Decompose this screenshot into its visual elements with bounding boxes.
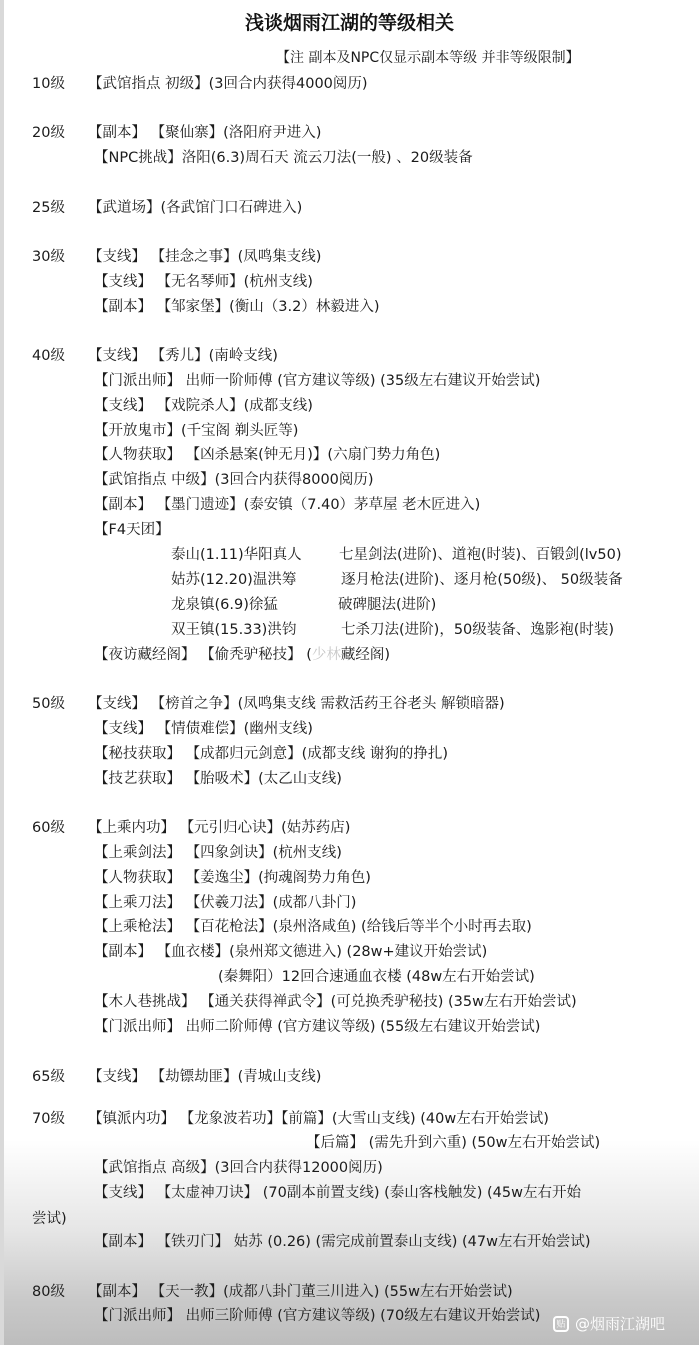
tieba-icon: 贴 bbox=[553, 1316, 569, 1332]
f4-npc-4: 双王镇(15.33)洪钧 bbox=[171, 621, 296, 639]
level-40-line-7: 【副本】 【墨门遗迹】(泰安镇（7.40）茅草屋 老木匠进入) bbox=[94, 496, 480, 514]
level-50-line-4: 【技艺获取】 【胎吸术】(太乙山支线) bbox=[94, 770, 342, 788]
level-60-line-1: 【上乘内功】 【元引归心诀】(姑苏药店) bbox=[88, 819, 350, 837]
left-border bbox=[0, 0, 4, 1345]
level-label-65: 65级 bbox=[32, 1068, 65, 1086]
level-40-line-2: 【门派出师】 出师一阶师傅 (官方建议等级) (35级左右建议开始尝试) bbox=[94, 372, 540, 390]
page-note: 【注 副本及NPC仅显示副本等级 并非等级限制】 bbox=[276, 47, 580, 67]
level-70-line-5: 【副本】 【铁刃门】 姑苏 (0.26) (需完成前置泰山支线) (47w左右开… bbox=[94, 1233, 591, 1251]
level-label-25: 25级 bbox=[32, 199, 65, 217]
level-60-line-8: 【木人巷挑战】 【通关获得禅武令】(可兑换秃驴秘技) (35w左右开始尝试) bbox=[94, 993, 577, 1011]
level-50-line-1: 【支线】 【榜首之争】(凤鸣集支线 需救活药王谷老头 解锁暗器) bbox=[88, 695, 505, 713]
level-80-line-2: 【门派出师】 出师三阶师傅 (官方建议等级) (70级左右建议开始尝试) bbox=[94, 1307, 540, 1325]
level-60-line-2: 【上乘剑法】 【四象剑诀】(杭州支线) bbox=[94, 844, 342, 862]
level-25-line-1: 【武道场】(各武馆门口石碑进入) bbox=[88, 199, 302, 217]
level-40-last-line: 【夜访藏经阁】 【偷秃驴秘技】 (少林藏经阁) bbox=[94, 646, 390, 664]
level-30-line-2: 【支线】 【无名琴师】(杭州支线) bbox=[94, 273, 313, 291]
f4-npc-2: 姑苏(12.20)温洪筹 bbox=[171, 571, 296, 589]
level-70-line-4-wrap: 尝试) bbox=[32, 1210, 67, 1228]
level-70-line-1: 【镇派内功】 【龙象波若功】【前篇】(大雪山支线) (40w左右开始尝试) bbox=[88, 1110, 549, 1128]
f4-reward-1: 七星剑法(进阶)、道袍(时装)、百锻剑(lv50) bbox=[339, 546, 622, 564]
f4-npc-3: 龙泉镇(6.9)徐猛 bbox=[171, 596, 278, 614]
level-40-line-3: 【支线】 【戏院杀人】(成都支线) bbox=[94, 397, 313, 415]
last-line-faded: 少林 bbox=[312, 647, 341, 663]
level-10-line-1: 【武馆指点 初级】(3回合内获得4000阅历) bbox=[88, 75, 368, 93]
level-label-40: 40级 bbox=[32, 347, 65, 365]
last-line-main: 【夜访藏经阁】 【偷秃驴秘技】 ( bbox=[94, 647, 312, 663]
level-label-80: 80级 bbox=[32, 1283, 65, 1301]
level-70-line-4: 【支线】 【太虚神刀诀】 (70副本前置支线) (泰山客栈触发) (45w左右开… bbox=[94, 1184, 581, 1202]
level-20-line-1: 【副本】 【聚仙寨】(洛阳府尹进入) bbox=[88, 124, 321, 142]
level-label-10: 10级 bbox=[32, 75, 65, 93]
level-60-line-6: 【副本】 【血衣楼】(泉州郑文德进入) (28w+建议开始尝试) bbox=[94, 943, 487, 961]
level-70-line-3: 【武馆指点 高级】(3回合内获得12000阅历) bbox=[94, 1159, 383, 1177]
watermark: 贴 @烟雨江湖吧 bbox=[553, 1313, 665, 1334]
level-30-line-1: 【支线】 【挂念之事】(凤鸣集支线) bbox=[88, 248, 321, 266]
f4-reward-3: 破碑腿法(进阶) bbox=[338, 596, 436, 614]
level-30-line-3: 【副本】 【邹家堡】(衡山（3.2）林毅进入) bbox=[94, 298, 379, 316]
level-label-20: 20级 bbox=[32, 124, 65, 142]
level-70-line-2: 【后篇】 (需先升到六重) (50w左右开始尝试) bbox=[306, 1134, 600, 1152]
level-40-line-6: 【武馆指点 中级】(3回合内获得8000阅历) bbox=[94, 471, 374, 489]
level-label-70: 70级 bbox=[32, 1110, 65, 1128]
level-50-line-2: 【支线】 【情债难偿】(幽州支线) bbox=[94, 720, 313, 738]
level-label-50: 50级 bbox=[32, 695, 65, 713]
level-40-line-4: 【开放鬼市】(千宝阁 剃头匠等) bbox=[94, 422, 298, 440]
f4-reward-2: 逐月枪法(进阶)、逐月枪(50级)、 50级装备 bbox=[341, 571, 623, 589]
level-60-line-4: 【上乘刀法】 【伏羲刀法】(成都八卦门) bbox=[94, 894, 356, 912]
level-20-line-2: 【NPC挑战】洛阳(6.3)周石天 流云刀法(一般) 、20级装备 bbox=[94, 149, 473, 167]
f4-reward-4: 七杀刀法(进阶)，50级装备、逸影袍(时装) bbox=[341, 621, 614, 639]
level-label-60: 60级 bbox=[32, 819, 65, 837]
level-60-line-7: (秦舞阳）12回合速通血衣楼 (48w左右开始尝试) bbox=[218, 968, 535, 986]
level-40-line-1: 【支线】 【秀儿】(南岭支线) bbox=[88, 347, 278, 365]
watermark-text: @烟雨江湖吧 bbox=[575, 1313, 665, 1334]
level-40-f4-heading: 【F4天团】 bbox=[94, 521, 170, 539]
level-60-line-3: 【人物获取】 【姜逸尘】(拘魂阁势力角色) bbox=[94, 869, 371, 887]
level-label-30: 30级 bbox=[32, 248, 65, 266]
last-line-tail: 藏经阁) bbox=[341, 647, 390, 663]
level-40-line-5: 【人物获取】 【凶杀悬案(钟无月)】(六扇门势力角色) bbox=[94, 446, 440, 464]
level-60-line-9: 【门派出师】 出师二阶师傅 (官方建议等级) (55级左右建议开始尝试) bbox=[94, 1018, 540, 1036]
level-50-line-3: 【秘技获取】 【成都归元剑意】(成都支线 谢狗的挣扎) bbox=[94, 745, 448, 763]
level-60-line-5: 【上乘枪法】 【百花枪法】(泉州洛咸鱼) (给钱后等半个小时再去取) bbox=[94, 918, 532, 936]
level-80-line-1: 【副本】 【天一教】(成都八卦门董三川进入) (55w左右开始尝试) bbox=[88, 1283, 513, 1301]
f4-npc-1: 泰山(1.11)华阳真人 bbox=[171, 546, 302, 564]
level-65-line-1: 【支线】 【劫镖劫匪】(青城山支线) bbox=[88, 1068, 321, 1086]
page-title: 浅谈烟雨江湖的等级相关 bbox=[0, 8, 699, 35]
